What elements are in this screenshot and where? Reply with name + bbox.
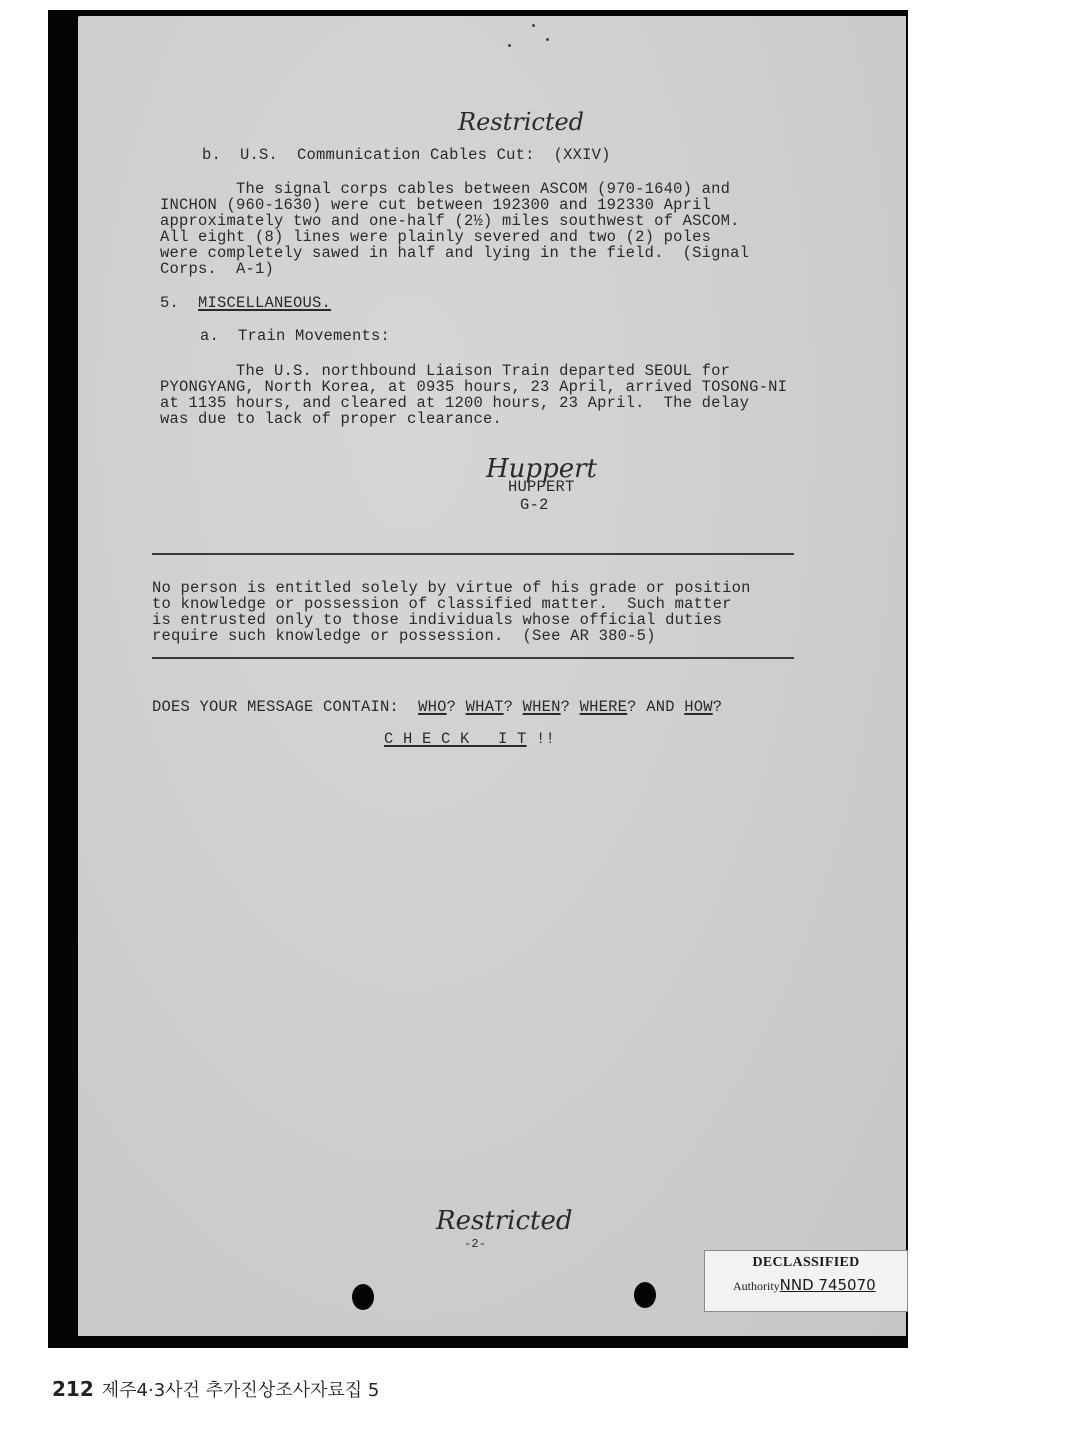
paper-speck [508, 44, 511, 47]
body-line: was due to lack of proper clearance. [160, 411, 502, 427]
punch-hole-left [352, 1284, 374, 1310]
body-line: approximately two and one-half (2½) mile… [160, 213, 740, 229]
check-it-line: C H E C K I T !! [384, 731, 555, 747]
check-it-suffix: !! [527, 730, 556, 748]
body-line: Corps. A-1) [160, 261, 274, 277]
section-b-heading: b. U.S. Communication Cables Cut: (XXIV) [202, 147, 611, 163]
book-page-number: 212 [52, 1377, 94, 1401]
message-check-line: DOES YOUR MESSAGE CONTAIN: WHO? WHAT? WH… [152, 699, 722, 715]
check-it-text: C H E C K I T [384, 730, 527, 748]
scanned-page-frame: Restricted b. U.S. Communication Cables … [48, 10, 908, 1348]
book-title: 제주4·3사건 추가진상조사자료집 5 [102, 1380, 380, 1401]
authority-label: Authority [733, 1279, 780, 1293]
check-item-when: WHEN [523, 698, 561, 716]
signature-title: G-2 [520, 497, 549, 513]
check-item-how: HOW [684, 698, 713, 716]
book-footer: 212제주4·3사건 추가진상조사자료집 5 [52, 1376, 379, 1402]
typed-signature-name: HUPPERT [508, 479, 575, 495]
body-line: at 1135 hours, and cleared at 1200 hours… [160, 395, 749, 411]
handwritten-restricted-top: Restricted [458, 108, 584, 136]
section-b-title: U.S. Communication Cables Cut: (XXIV) [240, 146, 611, 164]
notice-line: is entrusted only to those individuals w… [152, 612, 722, 628]
body-line: PYONGYANG, North Korea, at 0935 hours, 2… [160, 379, 787, 395]
handwritten-restricted-bottom: Restricted [436, 1206, 573, 1236]
notice-bottom-rule [152, 657, 794, 659]
paper-speck [546, 38, 549, 41]
section-5-heading: 5. MISCELLANEOUS. [160, 295, 331, 311]
declassified-stamp: DECLASSIFIED AuthorityNND 745070 [704, 1250, 908, 1312]
punch-hole-right [634, 1282, 656, 1308]
check-item-what: WHAT [466, 698, 504, 716]
body-line: INCHON (960-1630) were cut between 19230… [160, 197, 711, 213]
authority-value: NND 745070 [780, 1276, 876, 1294]
body-line: were completely sawed in half and lying … [160, 245, 749, 261]
check-and: AND [646, 698, 675, 716]
declassified-authority: AuthorityNND 745070 [733, 1276, 876, 1294]
document-page-number: -2- [464, 1236, 486, 1252]
body-line: The U.S. northbound Liaison Train depart… [160, 363, 730, 379]
section-5-number: 5. [160, 294, 179, 312]
body-line: All eight (8) lines were plainly severed… [160, 229, 711, 245]
notice-line: No person is entitled solely by virtue o… [152, 580, 751, 596]
document-paper: Restricted b. U.S. Communication Cables … [78, 16, 906, 1336]
section-5a-heading: a. Train Movements: [200, 328, 390, 344]
check-item-where: WHERE [580, 698, 628, 716]
section-b-label: b. [202, 146, 221, 164]
check-item-who: WHO [418, 698, 447, 716]
notice-line: to knowledge or possession of classified… [152, 596, 732, 612]
body-line: The signal corps cables between ASCOM (9… [160, 181, 730, 197]
paper-speck [532, 24, 535, 27]
declassified-title: DECLASSIFIED [705, 1255, 907, 1271]
check-prefix: DOES YOUR MESSAGE CONTAIN: [152, 698, 399, 716]
notice-line: require such knowledge or possession. (S… [152, 628, 656, 644]
section-5-title: MISCELLANEOUS. [198, 294, 331, 312]
notice-top-rule [152, 553, 794, 555]
